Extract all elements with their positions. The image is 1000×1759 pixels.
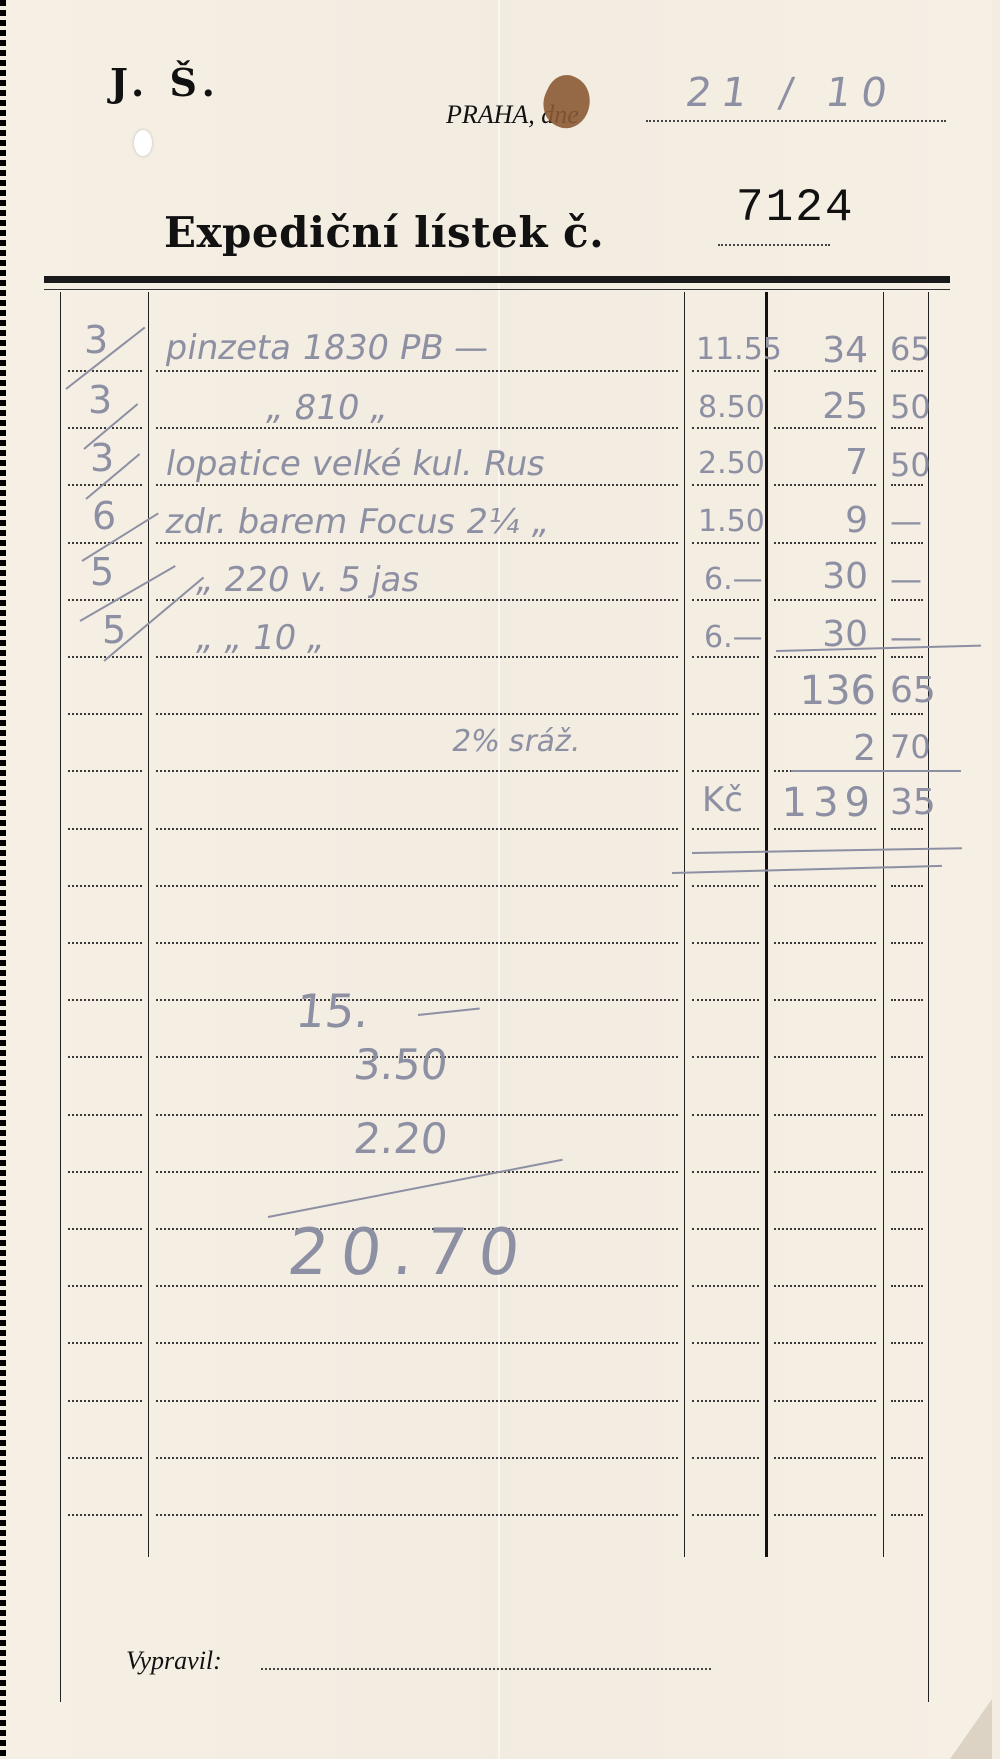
side-calc-line: 3.50: [351, 1040, 450, 1089]
item-unit-price: 6.—: [704, 562, 763, 597]
item-amount-h: 65: [890, 330, 931, 368]
row-rule: [891, 484, 923, 486]
row-rule: [891, 713, 923, 715]
item-amount-h: 50: [890, 388, 931, 426]
row-rule: [156, 1400, 678, 1402]
total-double-rule: [692, 847, 962, 854]
row-rule: [68, 828, 142, 830]
row-rule: [774, 1342, 876, 1344]
discount-label: 2% sráž.: [449, 724, 584, 759]
total-double-rule: [672, 865, 942, 874]
row-rule: [68, 1457, 142, 1459]
row-rule: [68, 770, 142, 772]
row-rule: [156, 1514, 678, 1516]
row-rule: [68, 942, 142, 944]
row-rule: [68, 1228, 142, 1230]
row-rule: [891, 1228, 923, 1230]
row-rule: [692, 1285, 759, 1287]
date-field-line: [646, 120, 946, 122]
row-rule: [156, 885, 678, 887]
row-rule: [68, 542, 142, 544]
row-rule: [68, 713, 142, 715]
row-rule: [692, 599, 759, 601]
row-rule: [692, 1171, 759, 1173]
item-qty: 3: [84, 318, 108, 362]
company-initials: J. Š.: [110, 60, 221, 105]
row-rule: [774, 828, 876, 830]
side-calc-dash: [418, 1008, 480, 1016]
row-rule: [156, 1342, 678, 1344]
row-rule: [891, 999, 923, 1001]
row-rule: [891, 942, 923, 944]
row-rule: [774, 1514, 876, 1516]
row-rule: [774, 885, 876, 887]
row-rule: [774, 1457, 876, 1459]
price-column-divider: [684, 292, 685, 1557]
row-rule: [891, 1400, 923, 1402]
item-unit-price: 6.—: [704, 620, 763, 655]
table-top-rule: [44, 276, 950, 283]
row-rule: [156, 828, 678, 830]
row-rule: [891, 1056, 923, 1058]
row-rule: [156, 484, 678, 486]
row-rule: [68, 999, 142, 1001]
row-rule: [891, 1514, 923, 1516]
row-rule: [692, 942, 759, 944]
row-rule: [156, 770, 678, 772]
row-rule: [156, 1171, 678, 1173]
punch-hole: [134, 130, 152, 156]
row-rule: [156, 1457, 678, 1459]
item-unit-price: 8.50: [698, 390, 765, 425]
item-qty: 3: [90, 436, 114, 480]
item-amount-h: —: [890, 618, 922, 656]
table-right-border: [928, 292, 929, 1702]
expedition-slip: J. Š. PRAHA, dne 21 / 10 Expediční líste…: [6, 0, 992, 1759]
side-calc-rule: [268, 1159, 563, 1218]
row-rule: [891, 1342, 923, 1344]
row-rule: [774, 599, 876, 601]
row-rule: [891, 1114, 923, 1116]
row-rule: [774, 1114, 876, 1116]
row-rule: [692, 370, 759, 372]
row-rule: [774, 1171, 876, 1173]
item-description: „ 810 „: [262, 388, 391, 428]
row-rule: [891, 1285, 923, 1287]
row-rule: [774, 1228, 876, 1230]
row-rule: [68, 1514, 142, 1516]
item-amount-kc: 25: [776, 386, 868, 427]
table-top-rule-thin: [44, 289, 950, 290]
row-rule: [692, 1400, 759, 1402]
item-description: „ 220 v. 5 jas: [192, 560, 423, 600]
row-rule: [692, 713, 759, 715]
total-rule: [791, 770, 961, 772]
item-amount-h: —: [890, 502, 922, 540]
subtotal-amount-kc: 136: [776, 668, 876, 714]
row-rule: [891, 828, 923, 830]
item-amount-kc: 34: [776, 330, 868, 371]
discount-amount-kc: 2: [776, 728, 876, 769]
row-rule: [156, 370, 678, 372]
paper-fold: [498, 0, 500, 1759]
row-rule: [692, 828, 759, 830]
item-unit-price: 2.50: [698, 446, 765, 481]
total-amount-kc: 139: [776, 780, 876, 826]
row-rule: [891, 1457, 923, 1459]
item-description: „ „ 10 „: [192, 618, 328, 658]
row-rule: [68, 1400, 142, 1402]
item-amount-kc: 30: [776, 556, 868, 597]
row-rule: [692, 427, 759, 429]
row-rule: [68, 1171, 142, 1173]
item-qty: 6: [92, 494, 116, 538]
row-rule: [774, 1056, 876, 1058]
row-rule: [156, 942, 678, 944]
amount-column-divider: [765, 292, 768, 1557]
row-rule: [692, 1114, 759, 1116]
row-rule: [891, 885, 923, 887]
item-description: pinzeta 1830 PB —: [162, 328, 491, 368]
row-rule: [774, 1400, 876, 1402]
row-rule: [156, 713, 678, 715]
side-calc-result: 20.70: [284, 1216, 535, 1290]
row-rule: [692, 656, 759, 658]
row-rule: [692, 484, 759, 486]
item-qty: 3: [88, 378, 112, 422]
row-rule: [891, 1171, 923, 1173]
total-amount-h: 35: [890, 782, 936, 823]
row-rule: [774, 484, 876, 486]
side-calc-line: 15.: [293, 984, 372, 1038]
row-rule: [774, 542, 876, 544]
row-rule: [692, 1056, 759, 1058]
row-rule: [891, 542, 923, 544]
item-description: zdr. barem Focus 2¼ „: [162, 502, 552, 542]
discount-amount-h: 70: [890, 728, 931, 766]
total-label: Kč: [702, 780, 743, 820]
row-rule: [692, 542, 759, 544]
row-rule: [68, 1342, 142, 1344]
qty-column-divider: [148, 292, 149, 1557]
row-rule: [68, 1056, 142, 1058]
row-rule: [692, 1457, 759, 1459]
row-rule: [156, 999, 678, 1001]
row-rule: [774, 656, 876, 658]
row-rule: [774, 942, 876, 944]
row-rule: [692, 1342, 759, 1344]
row-rule: [692, 999, 759, 1001]
row-rule: [692, 770, 759, 772]
row-rule: [692, 1514, 759, 1516]
row-rule: [774, 999, 876, 1001]
row-rule: [891, 656, 923, 658]
item-qty: 5: [90, 550, 114, 594]
document-number: 7124: [736, 182, 854, 234]
item-amount-kc: 7: [776, 442, 868, 483]
dispatched-by-label: Vypravil:: [126, 1646, 222, 1676]
item-amount-kc: 9: [776, 500, 868, 541]
number-field-line: [718, 244, 830, 246]
row-rule: [156, 427, 678, 429]
row-rule: [692, 1228, 759, 1230]
date-value: 21 / 10: [683, 70, 900, 116]
side-calc-line: 2.20: [351, 1114, 450, 1163]
row-rule: [891, 370, 923, 372]
row-rule: [774, 427, 876, 429]
table-left-border: [60, 292, 61, 1702]
row-rule: [891, 427, 923, 429]
row-rule: [68, 885, 142, 887]
heller-column-divider: [883, 292, 884, 1557]
document-title: Expediční lístek č.: [164, 208, 604, 257]
item-amount-h: 50: [890, 446, 931, 484]
item-description: lopatice velké kul. Rus: [162, 444, 548, 484]
subtotal-amount-h: 65: [890, 670, 936, 711]
row-rule: [68, 370, 142, 372]
row-rule: [68, 1285, 142, 1287]
row-rule: [774, 1285, 876, 1287]
row-rule: [68, 599, 142, 601]
item-unit-price: 1.50: [698, 504, 765, 539]
row-rule: [156, 542, 678, 544]
row-rule: [692, 885, 759, 887]
dispatched-by-field[interactable]: [261, 1668, 711, 1670]
item-amount-h: —: [890, 560, 922, 598]
item-unit-price: 11.55: [696, 332, 782, 367]
row-rule: [68, 1114, 142, 1116]
folded-corner: [950, 1699, 992, 1759]
row-rule: [891, 599, 923, 601]
